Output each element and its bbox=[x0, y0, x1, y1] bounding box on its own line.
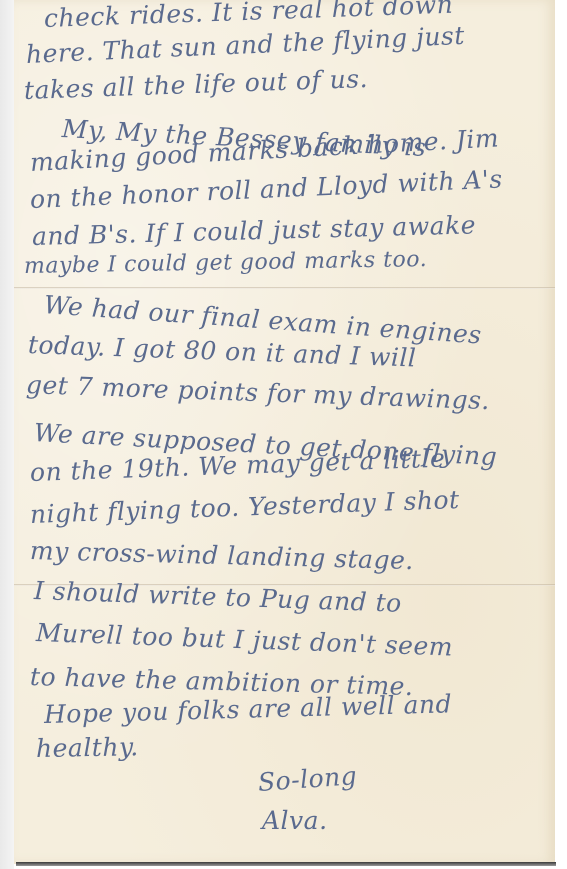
page-bottom-edge bbox=[16, 862, 556, 866]
fold-line bbox=[14, 287, 555, 289]
letter-line: healthy. bbox=[36, 732, 139, 763]
letter-signature: Alva. bbox=[262, 806, 328, 835]
page-left-margin bbox=[0, 0, 14, 869]
